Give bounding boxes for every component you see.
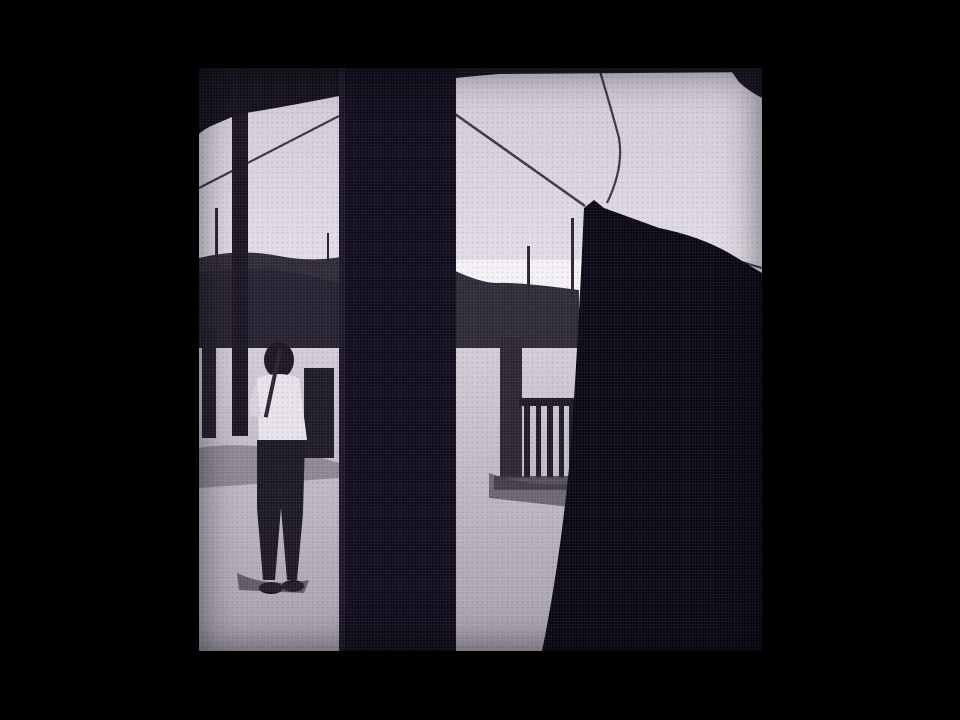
left-porch-post: [232, 106, 248, 436]
center-porch-post: [339, 68, 456, 651]
gate-post: [500, 338, 522, 478]
video-frame: [0, 0, 960, 720]
utility-pole: [215, 208, 218, 268]
film-still: [199, 68, 762, 651]
